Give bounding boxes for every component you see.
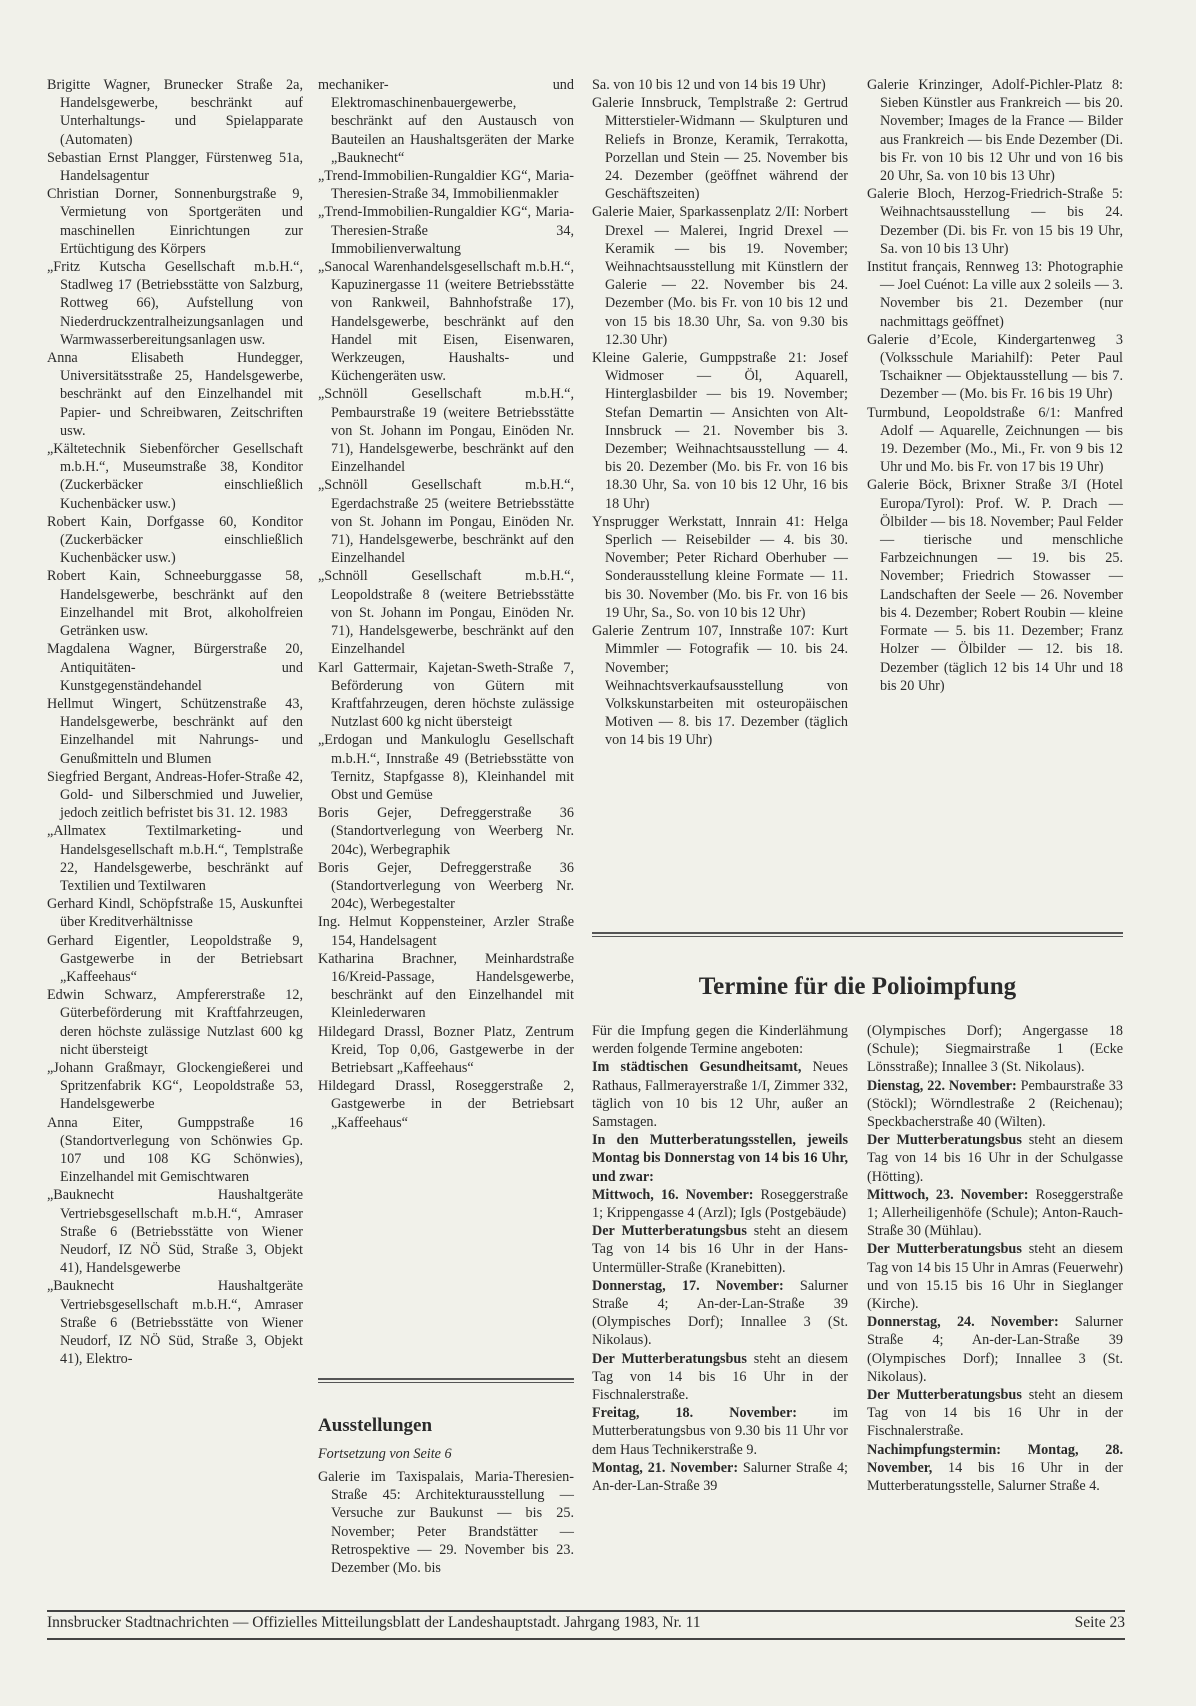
list-entry: Magdalena Wagner, Bürgerstraße 20, Antiq… — [47, 640, 303, 695]
polio-date-label: Montag, 21. November: — [592, 1460, 738, 1476]
polio-heading: Termine für die Polioimpfung — [592, 973, 1123, 1001]
list-entry: Christian Dorner, Sonnenburgstraße 9, Ve… — [47, 185, 303, 258]
list-entry: Edwin Schwarz, Ampfererstraße 12, Güterb… — [47, 986, 303, 1059]
polio-paragraph: Im städtischen Gesundheitsamt, Neues Rat… — [592, 1058, 848, 1131]
polio-paragraph: Mittwoch, 16. November: Roseggerstraße 1… — [592, 1186, 848, 1222]
polio-paragraph: Dienstag, 22. November: Pembaurstraße 33… — [867, 1077, 1123, 1132]
list-entry: Anna Elisabeth Hundegger, Universitätsst… — [47, 349, 303, 440]
list-entry: Galerie d’Ecole, Kindergartenweg 3 (Volk… — [867, 331, 1123, 404]
footer-rule-bottom — [47, 1638, 1125, 1640]
list-entry: Robert Kain, Schneeburggasse 58, Handels… — [47, 567, 303, 640]
list-entry: „Erdogan und Mankuloglu Gesellschaft m.b… — [318, 731, 574, 804]
polio-column-left: Für die Impfung gegen die Kinderlähmung … — [592, 1022, 848, 1495]
polio-date-label: Der Mutterberatungsbus — [867, 1132, 1022, 1148]
polio-paragraph: In den Mutterberatungsstellen, jeweils M… — [592, 1131, 848, 1186]
footer-rule-top — [47, 1610, 1125, 1612]
list-entry: „Allmatex Textilmarketing- und Handelsge… — [47, 822, 303, 895]
ausstellungen-heading: Ausstellungen — [318, 1415, 432, 1437]
list-entry: Galerie Maier, Sparkassenplatz 2/II: Nor… — [592, 203, 848, 349]
list-entry: Hildegard Drassl, Bozner Platz, Zentrum … — [318, 1023, 574, 1078]
page-footer: Innsbrucker Stadtnachrichten — Offiziell… — [47, 1614, 1125, 1632]
publication-line: Innsbrucker Stadtnachrichten — Offiziell… — [47, 1614, 701, 1632]
list-entry: Hildegard Drassl, Roseggerstraße 2, Gast… — [318, 1077, 574, 1132]
list-entry: Robert Kain, Dorfgasse 60, Konditor (Zuc… — [47, 513, 303, 568]
list-entry: „Schnöll Gesellschaft m.b.H.“, Egerdachs… — [318, 476, 574, 567]
list-entry: „Bauknecht Haushaltgeräte Vertriebsgesel… — [47, 1186, 303, 1277]
section-divider — [318, 1378, 574, 1383]
list-entry: Anna Eiter, Gumppstraße 16 (Standortverl… — [47, 1114, 303, 1187]
polio-paragraph: Freitag, 18. November: im Mutterberatung… — [592, 1404, 848, 1459]
list-entry: Boris Gejer, Defreggerstraße 36 (Standor… — [318, 859, 574, 914]
list-entry: „Johann Graßmayr, Glockengießerei und Sp… — [47, 1059, 303, 1114]
list-entry: „Trend-Immobilien-Rungaldier KG“, Maria-… — [318, 203, 574, 258]
list-entry: Brigitte Wagner, Brunecker Straße 2a, Ha… — [47, 76, 303, 149]
list-entry: „Trend-Immobilien-Rungaldier KG“, Maria-… — [318, 167, 574, 203]
polio-column-right: (Olympisches Dorf); Angergasse 18 (Schul… — [867, 1022, 1123, 1495]
polio-paragraph: Der Mutterberatungsbus steht an diesem T… — [592, 1222, 848, 1277]
list-entry: Siegfried Bergant, Andreas-Hofer-Straße … — [47, 768, 303, 823]
list-entry: Karl Gattermair, Kajetan-Sweth-Straße 7,… — [318, 659, 574, 732]
polio-date-label: Freitag, 18. November: — [592, 1405, 797, 1421]
polio-paragraph: Nachimpfungstermin: Montag, 28. November… — [867, 1441, 1123, 1496]
polio-paragraph: Der Mutterberatungsbus steht an diesem T… — [867, 1131, 1123, 1186]
list-entry: „Fritz Kutscha Gesellschaft m.b.H.“, Sta… — [47, 258, 303, 349]
column-4: Galerie Krinzinger, Adolf-Pichler-Platz … — [867, 76, 1123, 695]
ausstellungen-subtitle: Fortsetzung von Seite 6 — [318, 1446, 452, 1463]
page-number: Seite 23 — [1075, 1614, 1125, 1632]
list-entry: „Schnöll Gesellschaft m.b.H.“, Pembaurst… — [318, 385, 574, 476]
polio-date-label: Mittwoch, 23. November: — [867, 1187, 1028, 1203]
list-entry: Boris Gejer, Defreggerstraße 36 (Standor… — [318, 804, 574, 859]
list-entry: Turmbund, Leopoldstraße 6/1: Manfred Ado… — [867, 404, 1123, 477]
list-entry: „Schnöll Gesellschaft m.b.H.“, Leopoldst… — [318, 567, 574, 658]
polio-date-label: Dienstag, 22. November: — [867, 1078, 1017, 1094]
list-entry: Gerhard Kindl, Schöpfstraße 15, Auskunft… — [47, 895, 303, 931]
polio-date-label: Der Mutterberatungsbus — [592, 1351, 747, 1367]
polio-paragraph: Der Mutterberatungsbus steht an diesem T… — [592, 1350, 848, 1405]
list-entry: Gerhard Eigentler, Leopoldstraße 9, Gast… — [47, 932, 303, 987]
list-entry: Sebastian Ernst Plangger, Fürstenweg 51a… — [47, 149, 303, 185]
list-entry: Galerie Bloch, Herzog-Friedrich-Straße 5… — [867, 185, 1123, 258]
ausstellungen-entries: Galerie im Taxispalais, Maria-Theresien-… — [318, 1468, 574, 1577]
polio-date-label: Der Mutterberatungsbus — [867, 1387, 1022, 1403]
polio-date-label: Der Mutterberatungsbus — [867, 1241, 1022, 1257]
list-entry: „Sanocal Warenhandelsgesellschaft m.b.H.… — [318, 258, 574, 385]
list-entry: Galerie Innsbruck, Templstraße 2: Gertru… — [592, 94, 848, 203]
column-2: mechaniker- und Elektromaschinenbauergew… — [318, 76, 574, 1132]
polio-date-label: Der Mutterberatungsbus — [592, 1223, 747, 1239]
polio-date-label: Im städtischen Gesundheitsamt, — [592, 1059, 801, 1075]
list-entry: Sa. von 10 bis 12 und von 14 bis 19 Uhr) — [592, 76, 848, 94]
polio-paragraph: Donnerstag, 17. November: Salurner Straß… — [592, 1277, 848, 1350]
polio-text: Für die Impfung gegen die Kinderlähmung … — [592, 1023, 848, 1057]
polio-date-label: In den Mutterberatungsstellen, jeweils M… — [592, 1132, 848, 1184]
polio-date-label: Mittwoch, 16. November: — [592, 1187, 753, 1203]
polio-paragraph: Donnerstag, 24. November: Salurner Straß… — [867, 1313, 1123, 1386]
polio-divider — [592, 932, 1123, 937]
list-entry: mechaniker- und Elektromaschinenbauergew… — [318, 76, 574, 167]
list-entry: „Kältetechnik Siebenförcher Gesellschaft… — [47, 440, 303, 513]
list-entry: „Bauknecht Haushaltgeräte Vertriebsgesel… — [47, 1277, 303, 1368]
polio-date-label: Donnerstag, 17. November: — [592, 1278, 784, 1294]
list-entry: Galerie Zentrum 107, Innstraße 107: Kurt… — [592, 622, 848, 749]
list-entry: Ing. Helmut Koppensteiner, Arzler Straße… — [318, 913, 574, 949]
column-3: Sa. von 10 bis 12 und von 14 bis 19 Uhr)… — [592, 76, 848, 750]
polio-paragraph: Mittwoch, 23. November: Roseggerstraße 1… — [867, 1186, 1123, 1241]
list-entry: Galerie Krinzinger, Adolf-Pichler-Platz … — [867, 76, 1123, 185]
list-entry: Kleine Galerie, Gumppstraße 21: Josef Wi… — [592, 349, 848, 513]
polio-paragraph: Der Mutterberatungsbus steht an diesem T… — [867, 1240, 1123, 1313]
list-entry: Hellmut Wingert, Schützenstraße 43, Hand… — [47, 695, 303, 768]
list-entry: Institut français, Rennweg 13: Photograp… — [867, 258, 1123, 331]
polio-text: (Olympisches Dorf); Angergasse 18 (Schul… — [867, 1023, 1123, 1075]
polio-paragraph: Montag, 21. November: Salurner Straße 4;… — [592, 1459, 848, 1495]
list-entry: Galerie Böck, Brixner Straße 3/I (Hotel … — [867, 476, 1123, 694]
list-entry: Galerie im Taxispalais, Maria-Theresien-… — [318, 1468, 574, 1577]
list-entry: Katharina Brachner, Meinhardstraße 16/Kr… — [318, 950, 574, 1023]
list-entry: Ynsprugger Werkstatt, Innrain 41: Helga … — [592, 513, 848, 622]
polio-paragraph: Für die Impfung gegen die Kinderlähmung … — [592, 1022, 848, 1058]
polio-date-label: Donnerstag, 24. November: — [867, 1314, 1059, 1330]
column-1: Brigitte Wagner, Brunecker Straße 2a, Ha… — [47, 76, 303, 1368]
polio-paragraph: Der Mutterberatungsbus steht an diesem T… — [867, 1386, 1123, 1441]
polio-paragraph: (Olympisches Dorf); Angergasse 18 (Schul… — [867, 1022, 1123, 1077]
